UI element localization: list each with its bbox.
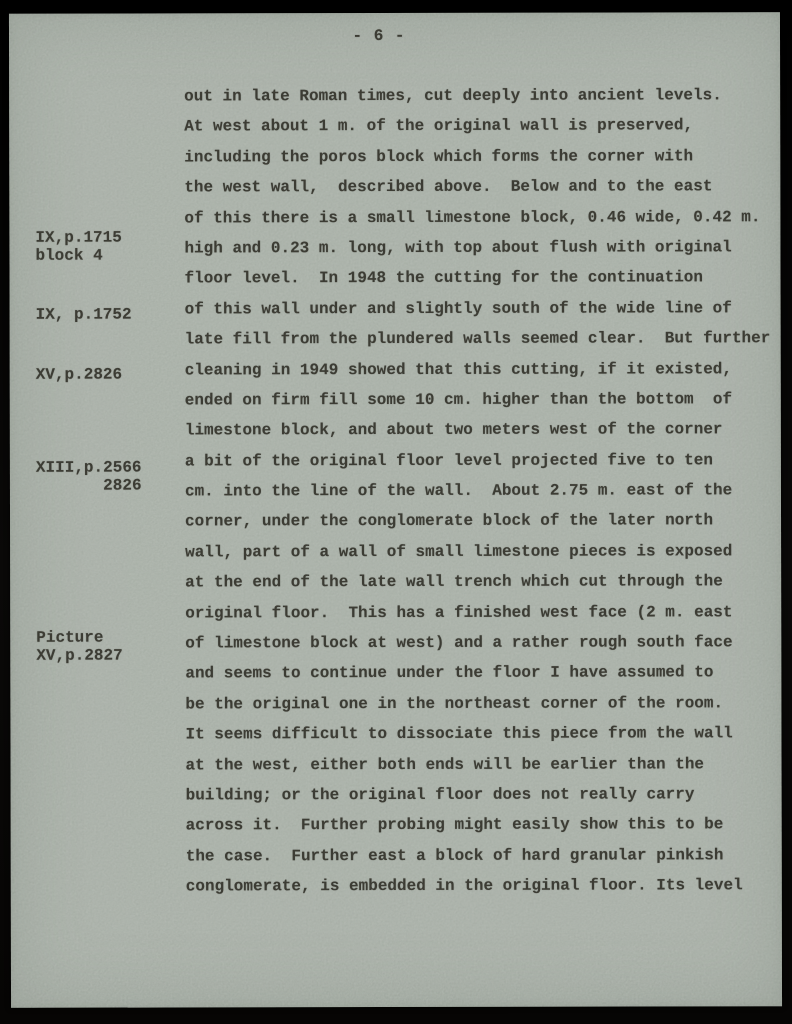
body-line: At west about 1 m. of the original wall … [184, 111, 780, 143]
margin-note: PictureXV,p.2827 [36, 629, 122, 665]
body-line: building; or the original floor does not… [186, 779, 782, 811]
margin-note-line: 2826 [36, 477, 142, 495]
body-line: original floor. This has a finished west… [185, 597, 781, 629]
body-line: late fill from the plundered walls seeme… [185, 323, 781, 355]
margin-note-line: IX,p.1715 [35, 229, 121, 247]
margin-note: IX, p.1752 [36, 306, 132, 324]
body-line: cm. into the line of the wall. About 2.7… [185, 475, 781, 507]
body-line: ended on firm fill some 10 cm. higher th… [185, 384, 781, 416]
margin-note-line: XIII,p.2566 [36, 459, 142, 477]
margin-note: IX,p.1715block 4 [35, 229, 121, 265]
body-line: at the end of the late wall trench which… [185, 566, 781, 598]
margin-note-line: XV,p.2826 [36, 366, 122, 384]
margin-note-line: XV,p.2827 [36, 647, 122, 665]
body-line: cleaning in 1949 showed that this cuttin… [185, 354, 781, 386]
body-line: limestone block, and about two meters we… [185, 414, 781, 446]
body-line: of limestone block at west) and a rather… [185, 627, 781, 659]
body-line: the case. Further east a block of hard g… [186, 840, 782, 872]
body-text: out in late Roman times, cut deeply into… [184, 80, 782, 902]
body-line: including the poros block which forms th… [184, 141, 780, 173]
body-line: at the west, either both ends will be ea… [186, 749, 782, 781]
document-page: - 6 - IX,p.1715block 4IX, p.1752XV,p.282… [9, 12, 782, 1008]
body-line: high and 0.23 m. long, with top about fl… [184, 232, 780, 264]
margin-note-line: block 4 [35, 247, 121, 265]
margin-note: XIII,p.2566 2826 [36, 459, 142, 495]
body-line: the west wall, described above. Below an… [184, 171, 780, 203]
margin-note-line: Picture [36, 629, 122, 647]
body-line: of this there is a small limestone block… [184, 202, 780, 234]
body-line: floor level. In 1948 the cutting for the… [184, 263, 780, 295]
body-line: be the original one in the northeast cor… [185, 688, 781, 720]
body-line: wall, part of a wall of small limestone … [185, 536, 781, 568]
body-line: and seems to continue under the floor I … [185, 658, 781, 690]
scan-background: - 6 - IX,p.1715block 4IX, p.1752XV,p.282… [0, 0, 792, 1024]
body-line: It seems difficult to dissociate this pi… [185, 718, 781, 750]
body-line: corner, under the conglomerate block of … [185, 506, 781, 538]
body-line: conglomerate, is embedded in the origina… [186, 870, 782, 902]
margin-note-line: IX, p.1752 [36, 306, 132, 324]
body-line: of this wall under and slightly south of… [185, 293, 781, 325]
body-line: out in late Roman times, cut deeply into… [184, 80, 780, 112]
margin-note: XV,p.2826 [36, 366, 122, 384]
body-line: a bit of the original floor level projec… [185, 445, 781, 477]
margin-references: IX,p.1715block 4IX, p.1752XV,p.2826XIII,… [9, 13, 186, 1007]
body-line: across it. Further probing might easily … [186, 810, 782, 842]
